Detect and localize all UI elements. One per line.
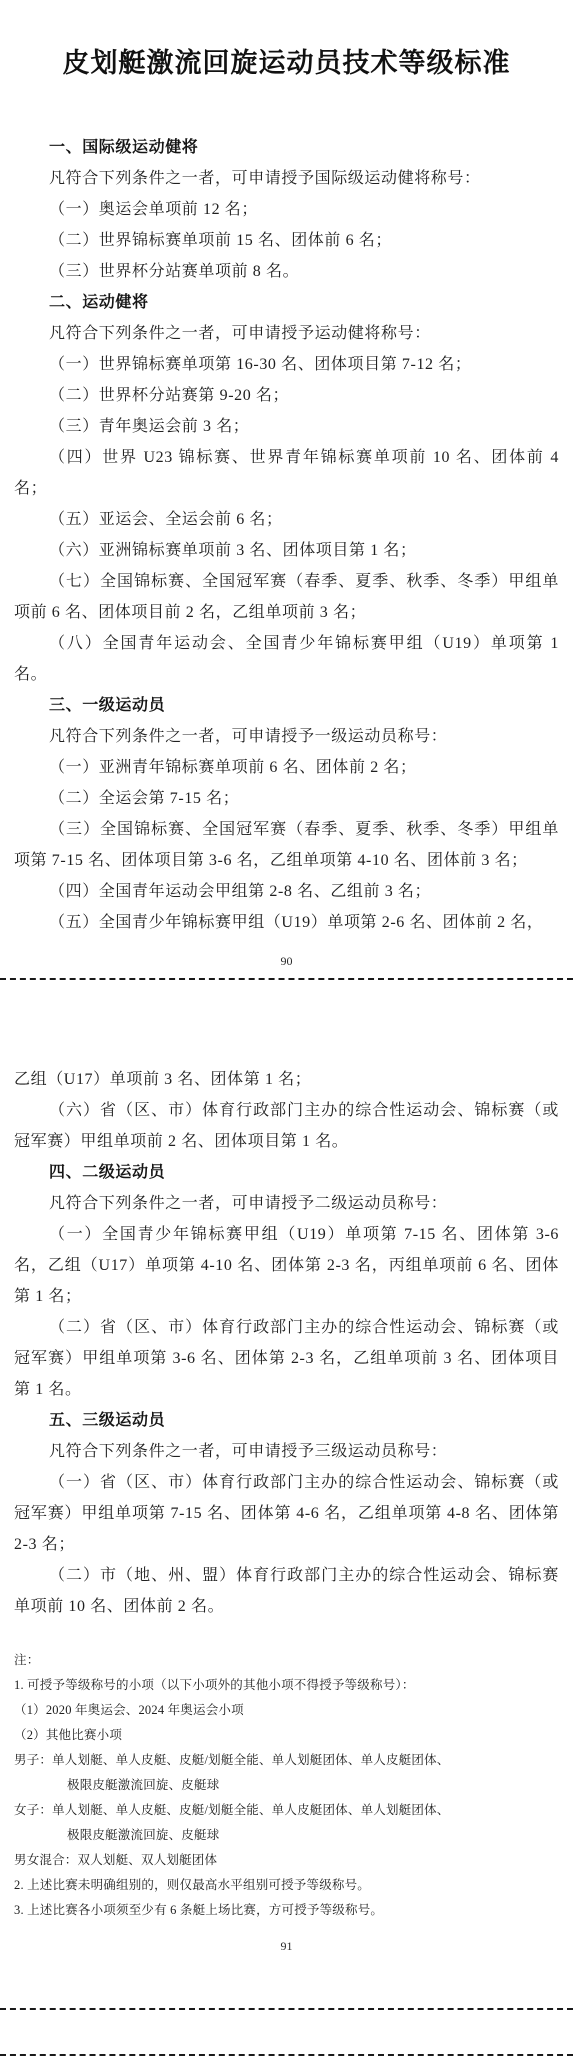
paragraph: （三）青年奥运会前 3 名；	[14, 411, 559, 442]
paragraph: 乙组（U17）单项前 3 名、团体第 1 名；	[14, 1064, 559, 1095]
paragraph: （二）省（区、市）体育行政部门主办的综合性运动会、锦标赛（或冠军赛）甲组单项第 …	[14, 1312, 559, 1405]
paragraph: （四）全国青年运动会甲组第 2-8 名、乙组前 3 名；	[14, 876, 559, 907]
paragraph: 1. 可授予等级称号的小项（以下小项外的其他小项不得授予等级称号）：	[14, 1673, 559, 1698]
paragraph: 2. 上述比赛未明确组别的，则仅最高水平组别可授予等级称号。	[14, 1873, 559, 1898]
paragraph: （六）亚洲锦标赛单项前 3 名、团体项目第 1 名；	[14, 535, 559, 566]
page-number-90: 90	[14, 951, 559, 971]
paragraph: 凡符合下列条件之一者，可申请授予国际级运动健将称号：	[14, 163, 559, 194]
document-page-90: 皮划艇激流回旋运动员技术等级标准 一、国际级运动健将凡符合下列条件之一者，可申请…	[0, 0, 573, 978]
paragraph: （二）市（地、州、盟）体育行政部门主办的综合性运动会、锦标赛单项前 10 名、团…	[14, 1560, 559, 1622]
paragraph: （2）其他比赛小项	[14, 1723, 559, 1748]
paragraph: （一）世界锦标赛单项第 16-30 名、团体项目第 7-12 名；	[14, 349, 559, 380]
document-sheet: 皮划艇激流回旋运动员技术等级标准 一、国际级运动健将凡符合下列条件之一者，可申请…	[0, 0, 573, 2069]
paragraph: 一、国际级运动健将	[14, 132, 559, 163]
paragraph: （五）亚运会、全运会前 6 名；	[14, 504, 559, 535]
document-title: 皮划艇激流回旋运动员技术等级标准	[14, 44, 559, 82]
paragraph: （一）亚洲青年锦标赛单项前 6 名、团体前 2 名；	[14, 752, 559, 783]
paragraph: 凡符合下列条件之一者，可申请授予运动健将称号：	[14, 318, 559, 349]
paragraph: 四、二级运动员	[14, 1157, 559, 1188]
paragraph: （五）全国青少年锦标赛甲组（U19）单项第 2-6 名、团体前 2 名，	[14, 907, 559, 938]
page-90-body: 一、国际级运动健将凡符合下列条件之一者，可申请授予国际级运动健将称号：（一）奥运…	[14, 132, 559, 938]
paragraph: 三、一级运动员	[14, 690, 559, 721]
paragraph: 男子：单人划艇、单人皮艇、皮艇/划艇全能、单人划艇团体、单人皮艇团体、	[14, 1748, 559, 1773]
paragraph: （七）全国锦标赛、全国冠军赛（春季、夏季、秋季、冬季）甲组单项前 6 名、团体项…	[14, 566, 559, 628]
paragraph: （1）2020 年奥运会、2024 年奥运会小项	[14, 1698, 559, 1723]
bottom-separator-2	[0, 2054, 573, 2056]
paragraph: （三）全国锦标赛、全国冠军赛（春季、夏季、秋季、冬季）甲组单项第 7-15 名、…	[14, 814, 559, 876]
paragraph: （八）全国青年运动会、全国青少年锦标赛甲组（U19）单项第 1 名。	[14, 628, 559, 690]
paragraph: 二、运动健将	[14, 287, 559, 318]
bottom-separator-1	[0, 2008, 573, 2010]
paragraph: 3. 上述比赛各小项须至少有 6 条艇上场比赛，方可授予等级称号。	[14, 1898, 559, 1923]
paragraph: 极限皮艇激流回旋、皮艇球	[14, 1773, 559, 1798]
page-91-body: 乙组（U17）单项前 3 名、团体第 1 名；（六）省（区、市）体育行政部门主办…	[14, 1064, 559, 1923]
paragraph: 极限皮艇激流回旋、皮艇球	[14, 1823, 559, 1848]
paragraph: （二）全运会第 7-15 名；	[14, 783, 559, 814]
paragraph: （一）奥运会单项前 12 名；	[14, 194, 559, 225]
paragraph: 男女混合：双人划艇、双人划艇团体	[14, 1848, 559, 1873]
paragraph: 凡符合下列条件之一者，可申请授予三级运动员称号：	[14, 1436, 559, 1467]
paragraph: 凡符合下列条件之一者，可申请授予二级运动员称号：	[14, 1188, 559, 1219]
paragraph: （四）世界 U23 锦标赛、世界青年锦标赛单项前 10 名、团体前 4 名；	[14, 442, 559, 504]
paragraph: 凡符合下列条件之一者，可申请授予一级运动员称号：	[14, 721, 559, 752]
paragraph: （二）世界杯分站赛第 9-20 名；	[14, 380, 559, 411]
page-number-91: 91	[14, 1936, 559, 1956]
paragraph: （一）省（区、市）体育行政部门主办的综合性运动会、锦标赛（或冠军赛）甲组单项第 …	[14, 1467, 559, 1560]
paragraph: （六）省（区、市）体育行政部门主办的综合性运动会、锦标赛（或冠军赛）甲组单项前 …	[14, 1095, 559, 1157]
paragraph: 女子：单人划艇、单人皮艇、皮艇/划艇全能、单人皮艇团体、单人划艇团体、	[14, 1798, 559, 1823]
paragraph: 注：	[14, 1648, 559, 1673]
document-page-91: 乙组（U17）单项前 3 名、团体第 1 名；（六）省（区、市）体育行政部门主办…	[0, 980, 573, 2008]
paragraph: （一）全国青少年锦标赛甲组（U19）单项第 7-15 名、团体第 3-6 名，乙…	[14, 1219, 559, 1312]
paragraph: （三）世界杯分站赛单项前 8 名。	[14, 256, 559, 287]
paragraph: （二）世界锦标赛单项前 15 名、团体前 6 名；	[14, 225, 559, 256]
paragraph: 五、三级运动员	[14, 1405, 559, 1436]
